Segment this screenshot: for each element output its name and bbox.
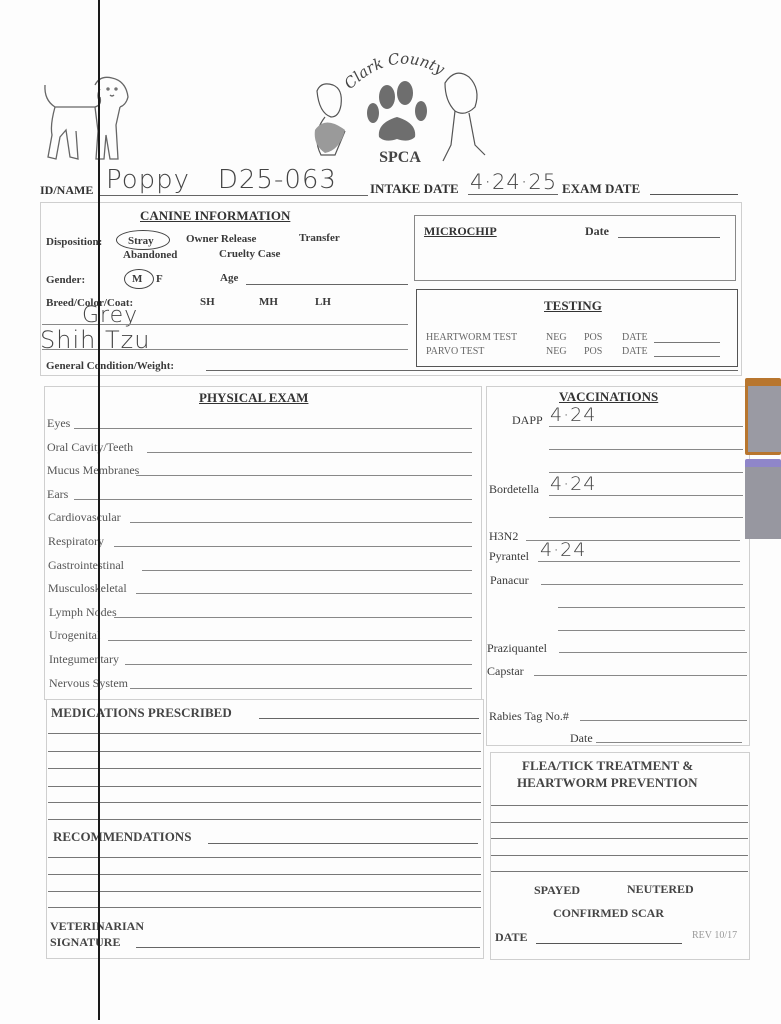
capstar-label: Capstar [487,664,524,679]
disposition-option-stray[interactable]: Stray [128,235,154,247]
recommendations-field[interactable] [208,830,478,844]
vaccine-sticker-purple [745,459,781,539]
flea-tick-title-line2: HEARTWORM PREVENTION [517,775,697,791]
rabies-date-label: Date [570,731,593,746]
disposition-option-owner-release[interactable]: Owner Release [186,233,256,245]
microchip-date-label: Date [585,224,609,239]
physical-exam-field[interactable] [142,558,472,571]
recommendations-title: RECOMMENDATIONS [53,829,191,845]
neutered-option[interactable]: NEUTERED [627,882,694,897]
physical-exam-label: Respiratory [48,534,104,549]
physical-exam-label: Mucus Membranes [47,463,139,478]
age-field[interactable] [246,270,408,285]
rabies-tag-label: Rabies Tag No.# [489,709,569,724]
flea-tick-line[interactable] [491,855,748,856]
medications-line[interactable] [48,786,481,787]
physical-exam-field[interactable] [136,581,472,594]
intake-date-label: INTAKE DATE [370,181,459,197]
heartworm-date-label: DATE [622,332,648,343]
flea-tick-line[interactable] [491,822,748,823]
dapp-field[interactable]: 4·24 [550,404,596,426]
heartworm-pos-option[interactable]: POS [584,332,602,343]
physical-exam-field[interactable] [147,440,472,453]
bordetella-field[interactable]: 4·24 [550,473,596,495]
recommendations-line[interactable] [48,857,481,858]
svg-text:Clark County: Clark County [341,50,448,93]
id-name-field[interactable]: Poppy D25-063 [106,165,337,195]
recommendations-line[interactable] [48,907,481,908]
signature-field[interactable] [136,934,480,948]
physical-exam-field[interactable] [108,628,472,641]
dapp-underline [549,426,743,427]
parvo-test-label: PARVO TEST [426,346,484,357]
physical-exam-label: Oral Cavity/Teeth [47,440,133,455]
spay-date-label: DATE [495,930,527,945]
heartworm-test-label: HEARTWORM TEST [426,332,517,343]
bordetella-extra-line [549,517,743,518]
confirmed-scar-option[interactable]: CONFIRMED SCAR [553,906,664,921]
dapp-extra-line [549,449,743,450]
flea-tick-title-line1: FLEA/TICK TREATMENT & [522,758,693,774]
spay-date-field[interactable] [536,930,682,944]
disposition-option-cruelty-case[interactable]: Cruelty Case [219,248,280,260]
physical-exam-field[interactable] [130,510,472,523]
parvo-pos-option[interactable]: POS [584,346,602,357]
rabies-date-field[interactable] [596,729,742,743]
heartworm-neg-option[interactable]: NEG [546,332,567,343]
praziquantel-field[interactable] [559,639,747,653]
panacur-extra-line-2 [558,630,745,631]
disposition-option-abandoned[interactable]: Abandoned [123,249,177,261]
pyrantel-label: Pyrantel [489,549,529,564]
physical-exam-title: PHYSICAL EXAM [199,390,308,406]
physical-exam-label: Ears [47,487,68,502]
signature-label: SIGNATURE [50,935,120,950]
color-underline [42,324,408,325]
parvo-date-field[interactable] [654,345,720,357]
coat-option-sh[interactable]: SH [200,296,215,308]
breed-underline [42,349,408,350]
recommendations-line[interactable] [48,874,481,875]
canine-info-title: CANINE INFORMATION [140,208,290,224]
parvo-date-label: DATE [622,346,648,357]
medications-line[interactable] [48,733,481,734]
gender-option-m[interactable]: M [132,273,142,285]
physical-exam-field[interactable] [125,652,472,665]
physical-exam-field[interactable] [74,416,472,429]
dapp-label: DAPP [512,413,543,428]
physical-exam-label: Eyes [47,416,70,431]
medications-line[interactable] [48,819,481,820]
physical-exam-label: Urogenital [49,628,100,643]
microchip-title: MICROCHIP [424,224,497,239]
praziquantel-label: Praziquantel [487,641,547,656]
medications-line[interactable] [48,802,481,803]
age-label: Age [220,272,238,284]
panacur-label: Panacur [490,573,529,588]
parvo-neg-option[interactable]: NEG [546,346,567,357]
id-name-underline [100,195,368,196]
gender-label: Gender: [46,274,85,286]
flea-tick-line[interactable] [491,871,748,872]
heartworm-date-field[interactable] [654,331,720,343]
medications-line[interactable] [48,768,481,769]
bordetella-label: Bordetella [489,482,539,497]
panacur-extra-line-1 [558,607,745,608]
intake-date-underline [468,194,558,195]
coat-option-lh[interactable]: LH [315,296,331,308]
spca-logo: Clark County SPCA [305,45,495,170]
pyrantel-underline [538,561,740,562]
vaccine-sticker-orange [745,378,781,455]
id-name-label: ID/NAME [40,183,93,198]
rabies-tag-field[interactable] [580,707,747,721]
disposition-option-transfer[interactable]: Transfer [299,232,340,244]
flea-tick-line[interactable] [491,805,748,806]
physical-exam-field[interactable] [114,605,472,618]
medications-line[interactable] [48,751,481,752]
capstar-field[interactable] [534,662,747,676]
coat-option-mh[interactable]: MH [259,296,278,308]
physical-exam-label: Musculoskeletal [48,581,127,596]
bordetella-underline [549,495,743,496]
recommendations-line[interactable] [48,891,481,892]
medications-field[interactable] [259,705,479,719]
intake-date-field[interactable]: 4·24·25 [470,170,557,194]
physical-exam-label: Cardiovascular [48,510,121,525]
physical-exam-field[interactable] [74,487,472,500]
revision-label: REV 10/17 [692,930,737,941]
scan-artifact-line [98,0,100,1020]
exam-date-label: EXAM DATE [562,181,640,197]
microchip-date-field[interactable] [618,224,720,238]
testing-title: TESTING [544,298,602,314]
h3n2-label: H3N2 [489,529,518,544]
physical-exam-field[interactable] [130,676,472,689]
puppy-illustration-icon [40,75,135,165]
exam-date-field[interactable] [650,176,738,195]
flea-tick-line[interactable] [491,838,748,839]
physical-exam-label: Gastrointestinal [48,558,124,573]
physical-exam-label: Lymph Nodes [49,605,117,620]
spayed-option[interactable]: SPAYED [534,883,580,898]
disposition-label: Disposition: [46,236,102,248]
pyrantel-field[interactable]: 4·24 [540,539,586,561]
physical-exam-label: Integumentary [49,652,119,667]
vaccinations-title: VACCINATIONS [559,389,658,405]
physical-exam-field[interactable] [114,534,472,547]
gender-option-f[interactable]: F [156,273,163,285]
veterinarian-label: VETERINARIAN [50,919,144,934]
condition-label: General Condition/Weight: [46,360,174,372]
panacur-field[interactable] [541,571,743,585]
physical-exam-field[interactable] [136,463,472,476]
physical-exam-label: Nervous System [49,676,128,691]
vaccinations-panel [486,386,750,746]
medications-title: MEDICATIONS PRESCRIBED [51,705,232,721]
